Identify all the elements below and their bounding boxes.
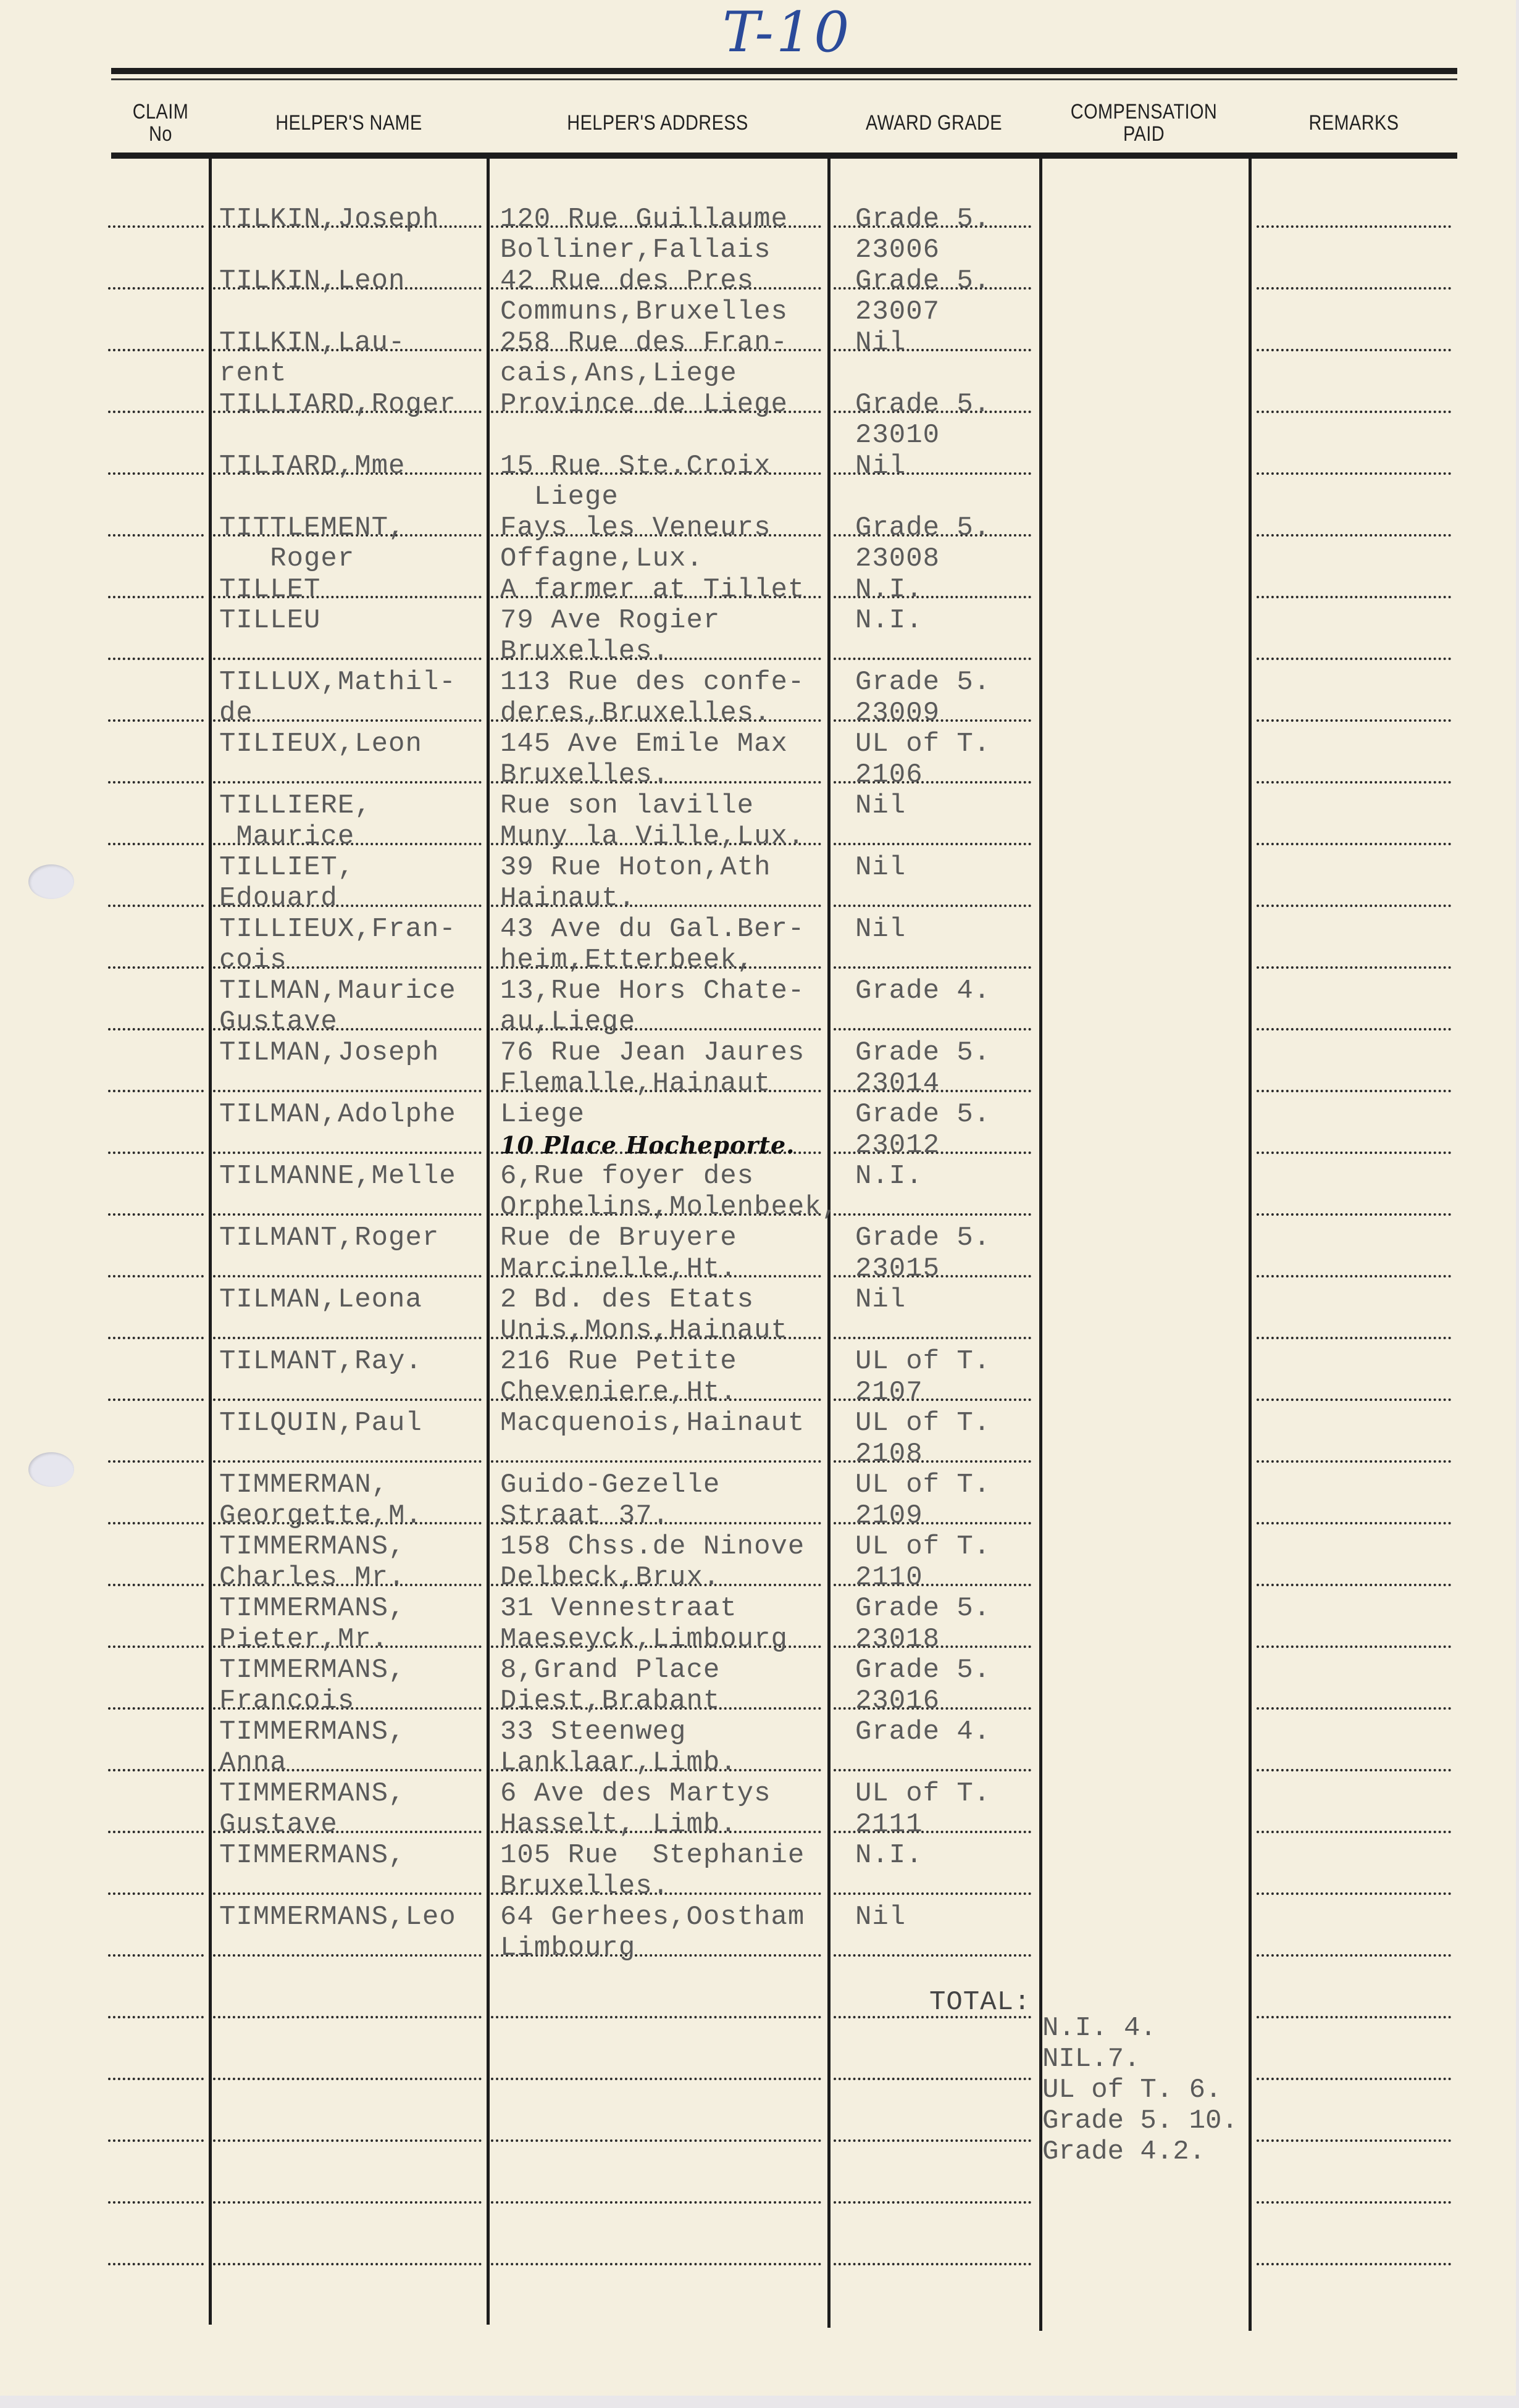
row-rule xyxy=(108,1892,204,1895)
helper-name: TILLUX,Mathil- de xyxy=(219,667,456,729)
row-rule xyxy=(1257,781,1451,784)
row-rule xyxy=(1257,1275,1451,1277)
row-rule xyxy=(108,1337,204,1339)
row-rule xyxy=(491,2139,821,2142)
helper-name: TIMMERMANS, Gustave xyxy=(219,1778,405,1840)
row-rule xyxy=(1257,843,1451,845)
helper-name: TILIARD,Mme xyxy=(219,451,405,482)
column-header-helper-name: HELPER'S NAME xyxy=(233,93,464,154)
helper-address: Guido-Gezelle Straat 37. xyxy=(500,1469,720,1531)
row-rule xyxy=(108,225,204,228)
row-rule xyxy=(108,1769,204,1771)
row-rule xyxy=(213,2263,482,2265)
column-header-claim-no: CLAIM No xyxy=(119,93,203,154)
row-rule xyxy=(834,658,1031,660)
helper-address: 76 Rue Jean Jaures Flemalle,Hainaut xyxy=(500,1037,805,1099)
row-rule xyxy=(108,1522,204,1524)
row-rule xyxy=(1257,287,1451,290)
row-rule xyxy=(1257,225,1451,228)
helper-address: Macquenois,Hainaut xyxy=(500,1408,805,1439)
helper-name: TILKIN,Lau- rent xyxy=(219,327,405,389)
row-rule xyxy=(1257,966,1451,969)
row-rule xyxy=(213,1460,482,1463)
row-rule xyxy=(1257,596,1451,598)
helper-name: TILLEU xyxy=(219,605,320,636)
helper-name: TILLIARD,Roger xyxy=(219,389,456,420)
row-rule xyxy=(213,658,482,660)
row-rule xyxy=(1257,534,1451,537)
row-rule xyxy=(108,781,204,784)
helper-name: TILMANT,Ray. xyxy=(219,1346,422,1377)
row-rule xyxy=(108,2139,204,2142)
punch-hole xyxy=(28,864,74,899)
helper-address: 6 Ave des Martys Hasselt, Limb. xyxy=(500,1778,771,1840)
helper-address: 31 Vennestraat Maeseyck,Limbourg xyxy=(500,1593,788,1655)
helper-name: TIMMERMANS, Charles Mr. xyxy=(219,1531,405,1593)
helper-address: 79 Ave Rogier Bruxelles. xyxy=(500,605,720,667)
award-grade: UL of T. 2106 xyxy=(855,729,990,790)
helper-address: 15 Rue Ste.Croix Liege xyxy=(500,451,771,512)
row-rule xyxy=(213,2201,482,2204)
row-rule xyxy=(213,1275,482,1277)
row-rule xyxy=(491,2201,821,2204)
helper-address-handwritten: 10 Place Hocheporte. xyxy=(500,1130,795,1161)
row-rule xyxy=(834,1213,1031,1216)
helper-name: TIMMERMANS, xyxy=(219,1840,405,1871)
award-grade: Nil xyxy=(855,852,906,883)
helper-address: 64 Gerhees,Oostham Limbourg xyxy=(500,1902,805,1963)
column-header-compensation-paid: COMPENSATION PAID xyxy=(1056,93,1232,154)
column-header-remarks: REMARKS xyxy=(1266,93,1442,154)
helper-address: 43 Ave du Gal.Ber- heim,Etterbeek, xyxy=(500,914,805,976)
helper-address: 258 Rue des Fran- cais,Ans,Liege xyxy=(500,327,788,389)
award-grade: Nil xyxy=(855,914,906,945)
helper-address: 145 Ave Emile Max Bruxelles. xyxy=(500,729,788,790)
award-grade: N.I. xyxy=(855,1840,923,1871)
totals-list: N.I. 4. NIL.7. UL of T. 6. Grade 5. 10. … xyxy=(1042,2013,1238,2167)
helper-address: Fays les Veneurs Offagne,Lux. xyxy=(500,512,771,574)
award-grade: Grade 5. 23006 xyxy=(855,204,990,265)
row-rule xyxy=(1257,2139,1451,2142)
award-grade: N.I. xyxy=(855,1161,923,1192)
row-rule xyxy=(1257,2263,1451,2265)
row-rule xyxy=(1257,1213,1451,1216)
row-rule xyxy=(108,843,204,845)
helper-name: TILIEUX,Leon xyxy=(219,729,422,759)
row-rule xyxy=(1257,1831,1451,1833)
row-rule xyxy=(834,1892,1031,1895)
row-rule xyxy=(1257,1645,1451,1648)
row-rule xyxy=(834,2201,1031,2204)
row-rule xyxy=(108,287,204,290)
award-grade: Nil xyxy=(855,1284,906,1315)
helper-address: Rue de Bruyere Marcinelle,Ht. xyxy=(500,1223,737,1284)
total-label: TOTAL: xyxy=(929,1987,1031,2018)
row-rule xyxy=(834,2078,1031,2080)
row-rule xyxy=(834,1028,1031,1031)
row-rule xyxy=(1257,1522,1451,1524)
helper-address: 105 Rue Stephanie Bruxelles. xyxy=(500,1840,805,1902)
row-rule xyxy=(213,1954,482,1957)
row-rule xyxy=(1257,658,1451,660)
row-rule xyxy=(108,1831,204,1833)
row-rule xyxy=(1257,472,1451,475)
row-rule xyxy=(108,905,204,907)
row-rule xyxy=(1257,1090,1451,1092)
helper-address: Liege xyxy=(500,1099,585,1130)
helper-name: TILLET xyxy=(219,574,320,605)
helper-name: TILQUIN,Paul xyxy=(219,1408,422,1439)
row-rule xyxy=(1257,2078,1451,2080)
award-grade: N.I. xyxy=(855,574,923,605)
row-rule xyxy=(834,1954,1031,1957)
award-grade: Nil xyxy=(855,1902,906,1933)
row-rule xyxy=(108,534,204,537)
row-rule xyxy=(1257,1028,1451,1031)
award-grade: Nil xyxy=(855,451,906,482)
row-rule xyxy=(213,781,482,784)
helper-name: TILMAN,Maurice Gustave xyxy=(219,976,456,1037)
column-divider xyxy=(827,154,831,2328)
row-rule xyxy=(1257,1954,1451,1957)
handwritten-title: T-10 xyxy=(722,0,852,65)
row-rule xyxy=(491,1460,821,1463)
helper-name: TILLIET, Edouard xyxy=(219,852,354,914)
helper-address: A farmer at Tillet xyxy=(500,574,805,605)
award-grade: Grade 5. 23007 xyxy=(855,265,990,327)
row-rule xyxy=(108,658,204,660)
award-grade: N.I. xyxy=(855,605,923,636)
row-rule xyxy=(1257,1337,1451,1339)
helper-name: TIMMERMANS,Leo xyxy=(219,1902,456,1933)
header-top-rule xyxy=(111,68,1457,74)
helper-name: TITTLEMENT, Roger xyxy=(219,512,405,574)
row-rule xyxy=(1257,1584,1451,1586)
helper-name: TILKIN,Joseph xyxy=(219,204,439,235)
award-grade: Grade 5. 23014 xyxy=(855,1037,990,1099)
row-rule xyxy=(834,843,1031,845)
award-grade: Grade 5. 23009 xyxy=(855,667,990,729)
row-rule xyxy=(108,2263,204,2265)
row-rule xyxy=(1257,719,1451,722)
header-thin-rule xyxy=(111,78,1457,80)
punch-hole xyxy=(28,1452,74,1487)
row-rule xyxy=(213,2078,482,2080)
column-divider xyxy=(487,154,490,2325)
row-rule xyxy=(1257,1460,1451,1463)
row-rule xyxy=(1257,349,1451,351)
helper-address: 33 Steenweg Lanklaar,Limb. xyxy=(500,1716,737,1778)
row-rule xyxy=(108,719,204,722)
row-rule xyxy=(491,2263,821,2265)
row-rule xyxy=(108,1645,204,1648)
row-rule xyxy=(108,966,204,969)
column-header-helper-address: HELPER'S ADDRESS xyxy=(513,93,802,154)
row-rule xyxy=(834,1769,1031,1771)
row-rule xyxy=(108,1584,204,1586)
row-rule xyxy=(108,1398,204,1401)
helper-address: 8,Grand Place Diest,Brabant xyxy=(500,1655,720,1716)
helper-address: 13,Rue Hors Chate- au,Liege xyxy=(500,976,805,1037)
row-rule xyxy=(1257,2016,1451,2018)
award-grade: Grade 5. 23018 xyxy=(855,1593,990,1655)
row-rule xyxy=(108,1028,204,1031)
helper-address: 113 Rue des confe- deres,Bruxelles. xyxy=(500,667,805,729)
award-grade: UL of T. 2110 xyxy=(855,1531,990,1593)
row-rule xyxy=(1257,1892,1451,1895)
award-grade: UL of T. 2108 xyxy=(855,1408,990,1469)
award-grade: UL of T. 2111 xyxy=(855,1778,990,1840)
column-header-award-grade: AWARD GRADE xyxy=(846,93,1022,154)
row-rule xyxy=(491,2016,821,2018)
helper-name: TILMANNE,Melle xyxy=(219,1161,456,1192)
row-rule xyxy=(834,2263,1031,2265)
row-rule xyxy=(108,1275,204,1277)
row-rule xyxy=(213,1213,482,1216)
row-rule xyxy=(108,1707,204,1710)
row-rule xyxy=(213,1398,482,1401)
row-rule xyxy=(108,1213,204,1216)
helper-name: TIMMERMANS, Francois xyxy=(219,1655,405,1716)
row-rule xyxy=(213,1892,482,1895)
column-divider xyxy=(209,157,212,2325)
helper-name: TILMAN,Leona xyxy=(219,1284,422,1315)
helper-name: TIMMERMAN, Georgette,M. xyxy=(219,1469,422,1531)
column-divider xyxy=(1039,157,1042,2331)
row-rule xyxy=(108,349,204,351)
helper-name: TILLIERE, Maurice xyxy=(219,790,372,852)
row-rule xyxy=(491,2078,821,2080)
row-rule xyxy=(108,472,204,475)
row-rule xyxy=(834,1337,1031,1339)
form-sheet: T-10 CLAIM No HELPER'S NAME HELPER'S ADD… xyxy=(0,0,1516,2396)
helper-name: TIMMERMANS, Anna xyxy=(219,1716,405,1778)
award-grade: Grade 5. 23008 xyxy=(855,512,990,574)
row-rule xyxy=(213,1152,482,1154)
row-rule xyxy=(108,1090,204,1092)
award-grade: Grade 5. 23012 xyxy=(855,1099,990,1161)
row-rule xyxy=(213,1090,482,1092)
award-grade: Grade 5. 23016 xyxy=(855,1655,990,1716)
helper-name: TILMAN,Adolphe xyxy=(219,1099,456,1130)
award-grade: Grade 4. xyxy=(855,1716,990,1747)
helper-name: TILMANT,Roger xyxy=(219,1223,439,1253)
helper-address: 42 Rue des Pres Communs,Bruxelles xyxy=(500,265,788,327)
row-rule xyxy=(1257,1152,1451,1154)
award-grade: Nil xyxy=(855,327,906,358)
row-rule xyxy=(1257,2201,1451,2204)
row-rule xyxy=(213,2139,482,2142)
award-grade: Grade 5. 23015 xyxy=(855,1223,990,1284)
row-rule xyxy=(834,966,1031,969)
column-divider xyxy=(1249,157,1252,2331)
helper-address: Rue son laville Muny la Ville,Lux. xyxy=(500,790,805,852)
helper-name: TILMAN,Joseph xyxy=(219,1037,439,1068)
row-rule xyxy=(834,905,1031,907)
row-rule xyxy=(108,1954,204,1957)
helper-address: Province de Liege xyxy=(500,389,788,420)
helper-address: 216 Rue Petite Cheveniere,Ht. xyxy=(500,1346,737,1408)
helper-address: 39 Rue Hoton,Ath Hainaut. xyxy=(500,852,771,914)
award-grade: UL of T. 2107 xyxy=(855,1346,990,1408)
helper-name: TIMMERMANS, Pieter,Mr. xyxy=(219,1593,405,1655)
row-rule xyxy=(108,411,204,413)
helper-name: TILKIN,Leon xyxy=(219,265,405,296)
award-grade: Grade 5. 23010 xyxy=(855,389,990,451)
row-rule xyxy=(1257,1707,1451,1710)
helper-address: 2 Bd. des Etats Unis,Mons,Hainaut xyxy=(500,1284,788,1346)
row-rule xyxy=(108,1460,204,1463)
helper-address: 6,Rue foyer des Orphelins,Molenbeek, xyxy=(500,1161,839,1223)
award-grade: Grade 4. xyxy=(855,976,990,1006)
row-rule xyxy=(834,2139,1031,2142)
row-rule xyxy=(1257,905,1451,907)
row-rule xyxy=(108,596,204,598)
award-grade: Nil xyxy=(855,790,906,821)
row-rule xyxy=(108,2201,204,2204)
row-rule xyxy=(1257,1769,1451,1771)
row-rule xyxy=(108,1152,204,1154)
helper-name: TILLIEUX,Fran- cois xyxy=(219,914,456,976)
row-rule xyxy=(108,2078,204,2080)
row-rule xyxy=(213,1337,482,1339)
award-grade: UL of T. 2109 xyxy=(855,1469,990,1531)
row-rule xyxy=(108,2016,204,2018)
helper-address: 158 Chss.de Ninove Delbeck,Brux. xyxy=(500,1531,805,1593)
row-rule xyxy=(213,2016,482,2018)
row-rule xyxy=(1257,411,1451,413)
helper-address: 120 Rue Guillaume Bolliner,Fallais xyxy=(500,204,788,265)
row-rule xyxy=(1257,1398,1451,1401)
